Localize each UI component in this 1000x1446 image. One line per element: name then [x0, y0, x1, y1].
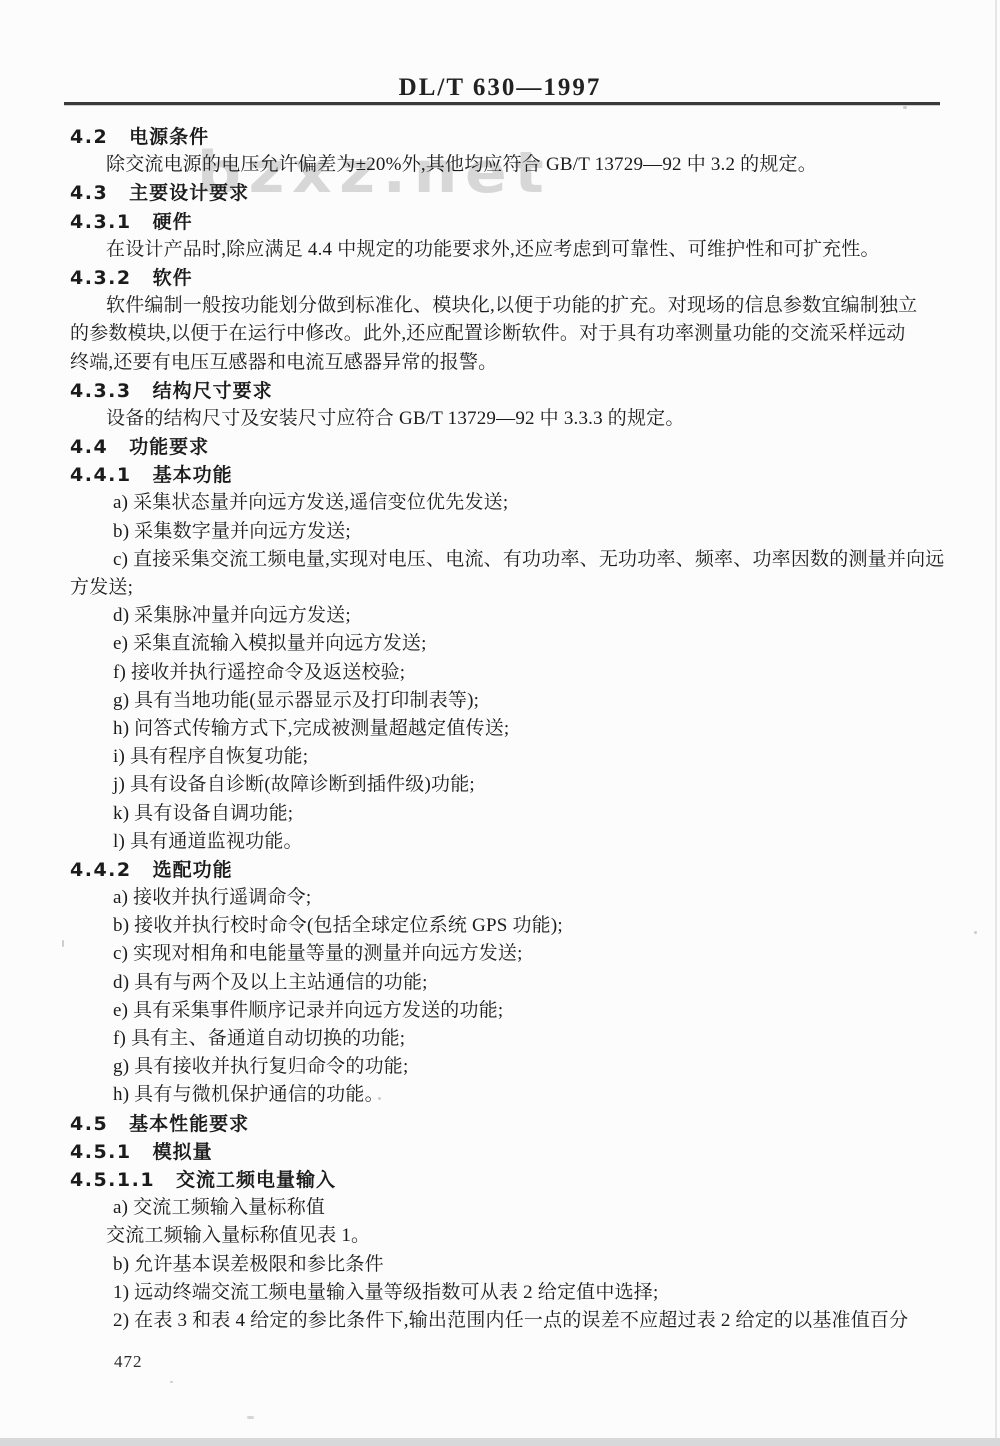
section-heading-4-3-1: 4.3.1硬件 [70, 208, 938, 236]
list-item-line: j) 具有设备自诊断(故障诊断到插件级)功能; [70, 771, 938, 799]
section-title: 模拟量 [153, 1142, 213, 1163]
paragraph-line: 设备的结构尺寸及安装尺寸应符合 GB/T 13729—92 中 3.3.3 的规… [70, 405, 938, 433]
list-item-line: f) 具有主、备通道自动切换的功能; [70, 1025, 938, 1053]
list-item-line: e) 采集直流输入模拟量并向远方发送; [70, 630, 938, 658]
list-item-line: g) 具有当地功能(显示器显示及打印制表等); [70, 687, 938, 715]
standard-number-header: DL/T 630—1997 [0, 74, 1000, 102]
section-heading-4-3: 4.3主要设计要求 [70, 179, 938, 207]
list-item-line: b) 允许基本误差极限和参比条件 [70, 1251, 938, 1279]
section-heading-4-5-1: 4.5.1模拟量 [70, 1138, 938, 1166]
list-item-line: b) 采集数字量并向远方发送; [70, 518, 938, 546]
section-heading-4-3-2: 4.3.2软件 [70, 264, 938, 292]
list-item-line: c) 直接采集交流工频电量,实现对电压、电流、有功功率、无功功率、频率、功率因数… [70, 546, 938, 574]
list-item-line: i) 具有程序自恢复功能; [70, 743, 938, 771]
header-rule [64, 102, 940, 105]
scan-artifact [170, 1381, 173, 1383]
section-number: 4.5.1 [70, 1138, 132, 1166]
section-number: 4.4.1 [70, 461, 132, 489]
section-heading-4-5: 4.5基本性能要求 [70, 1110, 938, 1138]
scan-bottom-edge-band [0, 1438, 1000, 1446]
section-number: 4.2 [70, 123, 108, 151]
list-item-line: h) 问答式传输方式下,完成被测量超越定值传送; [70, 715, 938, 743]
section-heading-4-4-1: 4.4.1基本功能 [70, 461, 938, 489]
scan-artifact [247, 1416, 254, 1419]
list-item-line: f) 接收并执行遥控命令及返送校验; [70, 659, 938, 687]
document-body: 4.2电源条件 除交流电源的电压允许偏差为±20%外,其他均应符合 GB/T 1… [70, 123, 938, 1335]
section-heading-4-2: 4.2电源条件 [70, 123, 938, 151]
list-item-line: a) 采集状态量并向远方发送,遥信变位优先发送; [70, 489, 938, 517]
scanned-document-page: bzxz.net DL/T 630—1997 4.2电源条件 除交流电源的电压允… [0, 0, 1000, 1446]
section-title: 选配功能 [153, 860, 233, 881]
section-number: 4.3.3 [70, 377, 132, 405]
section-title: 软件 [153, 268, 193, 289]
section-heading-4-4: 4.4功能要求 [70, 433, 938, 461]
section-title: 电源条件 [129, 127, 209, 148]
list-item-line: 2) 在表 3 和表 4 给定的参比条件下,输出范围内任一点的误差不应超过表 2… [70, 1307, 938, 1335]
list-item-line: h) 具有与微机保护通信的功能。 [70, 1081, 938, 1109]
paragraph-line: 交流工频输入量标称值见表 1。 [70, 1222, 938, 1250]
paragraph-continuation-line: 的参数模块,以便于在运行中修改。此外,还应配置诊断软件。对于具有功率测量功能的交… [70, 320, 938, 348]
paragraph-continuation-line: 终端,还要有电压互感器和电流互感器异常的报警。 [70, 349, 938, 377]
section-title: 主要设计要求 [129, 183, 249, 204]
section-number: 4.3.2 [70, 264, 132, 292]
section-title: 基本性能要求 [129, 1114, 249, 1135]
section-title: 基本功能 [153, 465, 233, 486]
list-item-line: c) 实现对相角和电能量等量的测量并向远方发送; [70, 940, 938, 968]
section-title: 硬件 [153, 212, 193, 233]
paragraph-line: 在设计产品时,除应满足 4.4 中规定的功能要求外,还应考虑到可靠性、可维护性和… [70, 236, 938, 264]
section-title: 结构尺寸要求 [153, 381, 273, 402]
section-number: 4.5.1.1 [70, 1166, 155, 1194]
section-number: 4.4.2 [70, 856, 132, 884]
list-item-line: a) 交流工频输入量标称值 [70, 1194, 938, 1222]
list-item-line: k) 具有设备自调功能; [70, 800, 938, 828]
section-number: 4.3.1 [70, 208, 132, 236]
list-item-line: d) 采集脉冲量并向远方发送; [70, 602, 938, 630]
paragraph-line: 软件编制一般按功能划分做到标准化、模块化,以便于功能的扩充。对现场的信息参数宜编… [70, 292, 938, 320]
scan-artifact [974, 931, 977, 934]
list-item-line: d) 具有与两个及以上主站通信的功能; [70, 969, 938, 997]
section-number: 4.3 [70, 179, 108, 207]
section-heading-4-5-1-1: 4.5.1.1交流工频电量输入 [70, 1166, 938, 1194]
section-heading-4-3-3: 4.3.3结构尺寸要求 [70, 377, 938, 405]
section-heading-4-4-2: 4.4.2选配功能 [70, 856, 938, 884]
paragraph-line: 除交流电源的电压允许偏差为±20%外,其他均应符合 GB/T 13729—92 … [70, 151, 938, 179]
section-title: 功能要求 [129, 437, 209, 458]
page-number: 472 [114, 1352, 143, 1372]
scan-artifact [903, 106, 907, 109]
list-item-line: l) 具有通道监视功能。 [70, 828, 938, 856]
list-item-continuation-line: 方发送; [70, 574, 938, 602]
list-item-line: a) 接收并执行遥调命令; [70, 884, 938, 912]
scan-right-edge-shadow [995, 0, 997, 1446]
list-item-line: g) 具有接收并执行复归命令的功能; [70, 1053, 938, 1081]
section-title: 交流工频电量输入 [176, 1170, 336, 1191]
section-number: 4.5 [70, 1110, 108, 1138]
scan-artifact [62, 940, 64, 947]
list-item-line: 1) 远动终端交流工频电量输入量等级指数可从表 2 给定值中选择; [70, 1279, 938, 1307]
list-item-line: b) 接收并执行校时命令(包括全球定位系统 GPS 功能); [70, 912, 938, 940]
section-number: 4.4 [70, 433, 108, 461]
list-item-line: e) 具有采集事件顺序记录并向远方发送的功能; [70, 997, 938, 1025]
